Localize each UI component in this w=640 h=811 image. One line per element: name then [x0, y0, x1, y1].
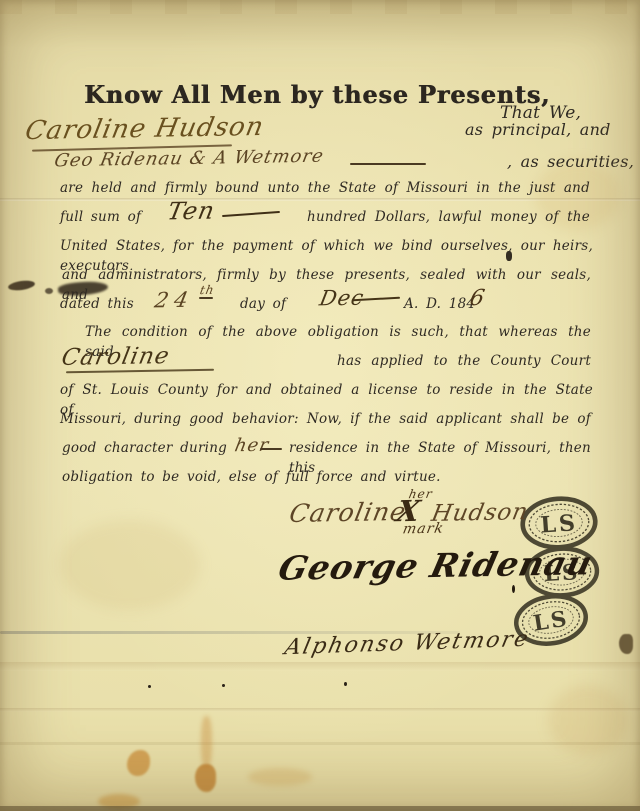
water-stain	[60, 520, 200, 610]
ink-smudge	[8, 279, 36, 292]
dark-stain	[619, 634, 633, 654]
water-stain	[548, 685, 628, 755]
signature-caroline-last: Hudson	[429, 499, 530, 527]
paper-bottom-edge	[0, 806, 640, 811]
signature-comma-mark	[512, 585, 515, 593]
body-line-2a: full sum of	[60, 207, 141, 227]
condition-line-2b: has applied to the County Court	[337, 351, 591, 371]
signature-george-ridenau: George Ridenau	[275, 543, 597, 587]
paper-edge-streaks	[0, 0, 640, 14]
body-line-1: are held and firmly bound unto the State…	[60, 178, 590, 198]
principal-name-handwritten: Caroline Hudson	[23, 112, 267, 146]
securities-names-handwritten: Geo Ridenau & A Wetmore	[52, 146, 325, 172]
rust-stain-drip	[201, 716, 212, 768]
rust-stain	[248, 768, 312, 786]
sum-handwritten: Ten	[165, 197, 217, 226]
ink-speck	[148, 685, 151, 688]
body-line-5a: dated this	[60, 294, 134, 314]
signature-caroline-first: Caroline	[287, 497, 409, 528]
securities-blank-line	[350, 163, 426, 165]
securities-label: , as securities,	[507, 152, 634, 172]
fold-crease	[0, 198, 640, 201]
rust-stain	[127, 750, 150, 776]
pronoun-flourish	[260, 448, 282, 450]
condition-line-6: obligation to be void, else of full forc…	[62, 467, 441, 487]
day-handwritten: 24	[153, 288, 197, 313]
seal-letters: LS	[540, 510, 579, 539]
ordinal-underline	[199, 297, 213, 299]
fold-crease	[0, 708, 640, 712]
fold-crease	[0, 662, 640, 671]
applicant-name-handwritten: Caroline	[59, 343, 172, 371]
sum-flourish	[222, 211, 280, 217]
ink-smudge	[45, 288, 53, 294]
rust-stain	[195, 764, 216, 792]
signature-alphonso-wetmore: Alphonso Wetmore	[282, 627, 532, 660]
principal-label: as principal, and	[465, 120, 611, 140]
document-title: Know All Men by these Presents,	[84, 80, 550, 109]
day-ordinal-handwritten: th	[199, 283, 216, 297]
condition-line-4: Missouri, during good behavior: Now, if …	[60, 409, 591, 429]
fold-crease	[0, 742, 640, 745]
ink-speck	[222, 684, 225, 687]
body-line-2b: hundred Dollars, lawful money of the	[307, 207, 590, 227]
body-line-5b: day of	[240, 294, 286, 314]
pronoun-handwritten: her	[233, 435, 271, 457]
document-page: Know All Men by these Presents, That We,…	[0, 0, 640, 811]
body-line-5c: A. D. 184	[404, 294, 475, 314]
ink-speck	[344, 682, 347, 686]
condition-line-5a: good character during	[62, 438, 227, 458]
